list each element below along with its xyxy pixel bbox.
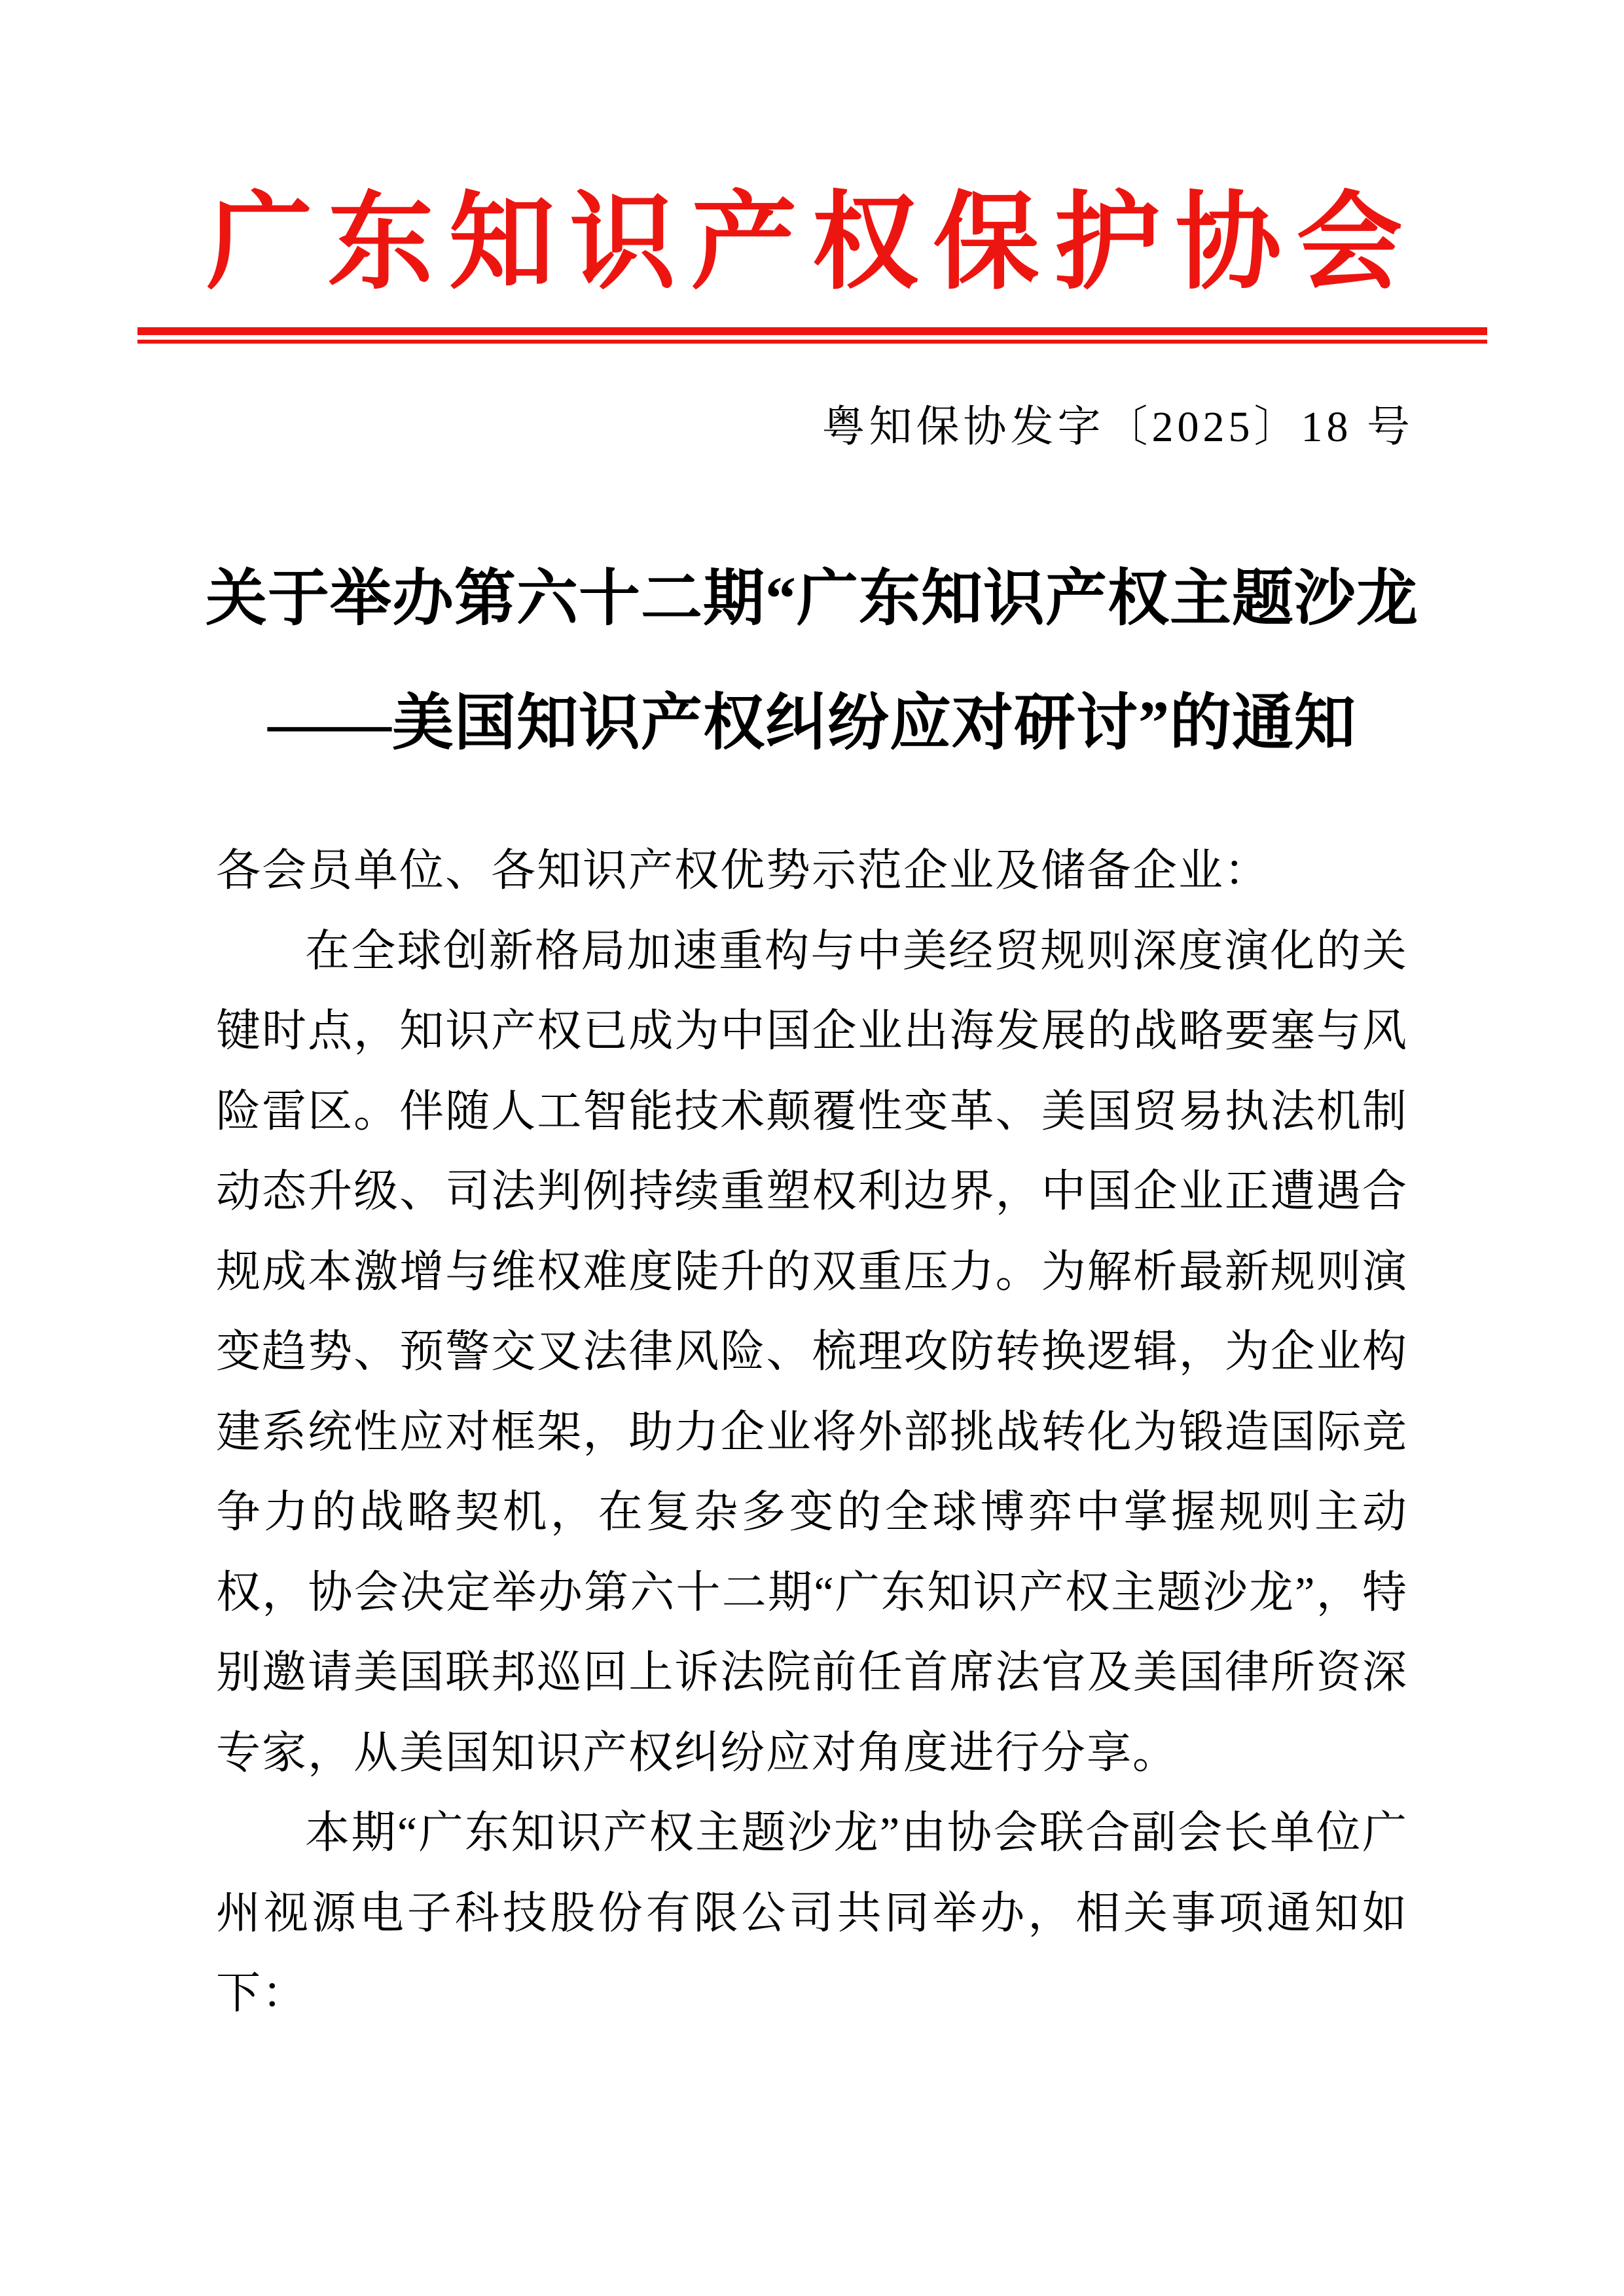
- notice-body: 各会员单位、各知识产权优势示范企业及储备企业： 在全球创新格局加速重构与中美经贸…: [216, 831, 1408, 2034]
- body-paragraph-2: 本期“广东知识产权主题沙龙”由协会联合副会长单位广州视源电子科技股份有限公司共同…: [216, 1793, 1408, 2034]
- divider-thick-line: [137, 327, 1487, 335]
- salutation-line: 各会员单位、各知识产权优势示范企业及储备企业：: [216, 831, 1408, 911]
- notice-page: 广东知识产权保护协会 粤知保协发字〔2025〕18 号 关于举办第六十二期“广东…: [0, 0, 1624, 2296]
- divider-thin-line: [137, 340, 1487, 344]
- notice-title-line-1: 关于举办第六十二期“广东知识产权主题沙龙: [0, 537, 1624, 661]
- letterhead-divider: [137, 327, 1487, 344]
- document-number: 粤知保协发字〔2025〕18 号: [216, 398, 1414, 457]
- notice-title-line-2: ——美国知识产权纠纷应对研讨”的通知: [0, 661, 1624, 785]
- letterhead-org-title: 广东知识产权保护协会: [0, 182, 1624, 306]
- notice-title: 关于举办第六十二期“广东知识产权主题沙龙 ——美国知识产权纠纷应对研讨”的通知: [0, 537, 1624, 785]
- body-paragraph-1: 在全球创新格局加速重构与中美经贸规则深度演化的关键时点，知识产权已成为中国企业出…: [216, 911, 1408, 1793]
